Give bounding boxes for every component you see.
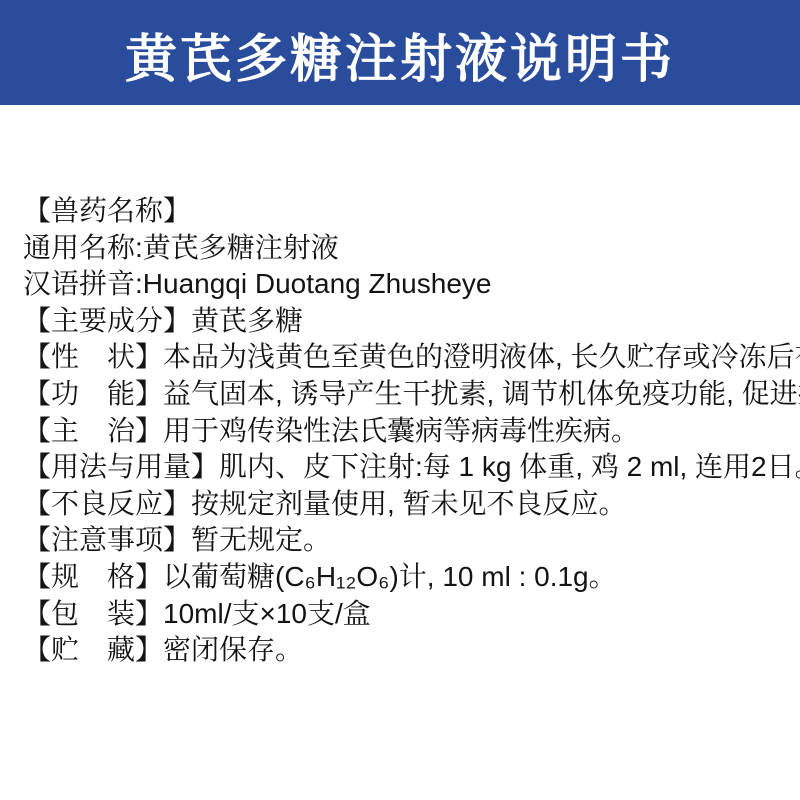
line-specification: 【规 格】以葡萄糖(C₆H₁₂O₆)计, 10 ml : 0.1g。 [23,559,794,596]
line-properties: 【性 状】本品为浅黄色至黄色的澄明液体, 长久贮存或冷冻后有沉淀析出。 [23,339,794,376]
line-storage: 【贮 藏】密闭保存。 [23,632,794,669]
line-functions: 【功 能】益气固本, 诱导产生干扰素, 调节机体免疫功能, 促进抗体形成。 [23,376,794,413]
line-drug-name-label: 【兽药名称】 [23,193,794,230]
line-main-ingredients: 【主要成分】黄芪多糖 [23,303,794,340]
title-banner: 黄芪多糖注射液说明书 [0,0,800,105]
line-dosage: 【用法与用量】肌内、皮下注射:每 1 kg 体重, 鸡 2 ml, 连用2日。 [23,449,794,486]
line-packaging: 【包 装】10ml/支×10支/盒 [23,596,794,633]
line-indications: 【主 治】用于鸡传染性法氏囊病等病毒性疾病。 [23,413,794,450]
document-body: 【兽药名称】 通用名称:黄芪多糖注射液 汉语拼音:Huangqi Duotang… [0,105,800,669]
line-pinyin: 汉语拼音:Huangqi Duotang Zhusheye [23,266,794,303]
line-precautions: 【注意事项】暂无规定。 [23,522,794,559]
line-adverse-reactions: 【不良反应】按规定剂量使用, 暂未见不良反应。 [23,486,794,523]
instruction-sheet-page: 黄芪多糖注射液说明书 【兽药名称】 通用名称:黄芪多糖注射液 汉语拼音:Huan… [0,0,800,800]
line-generic-name: 通用名称:黄芪多糖注射液 [23,230,794,267]
page-title: 黄芪多糖注射液说明书 [125,17,675,92]
